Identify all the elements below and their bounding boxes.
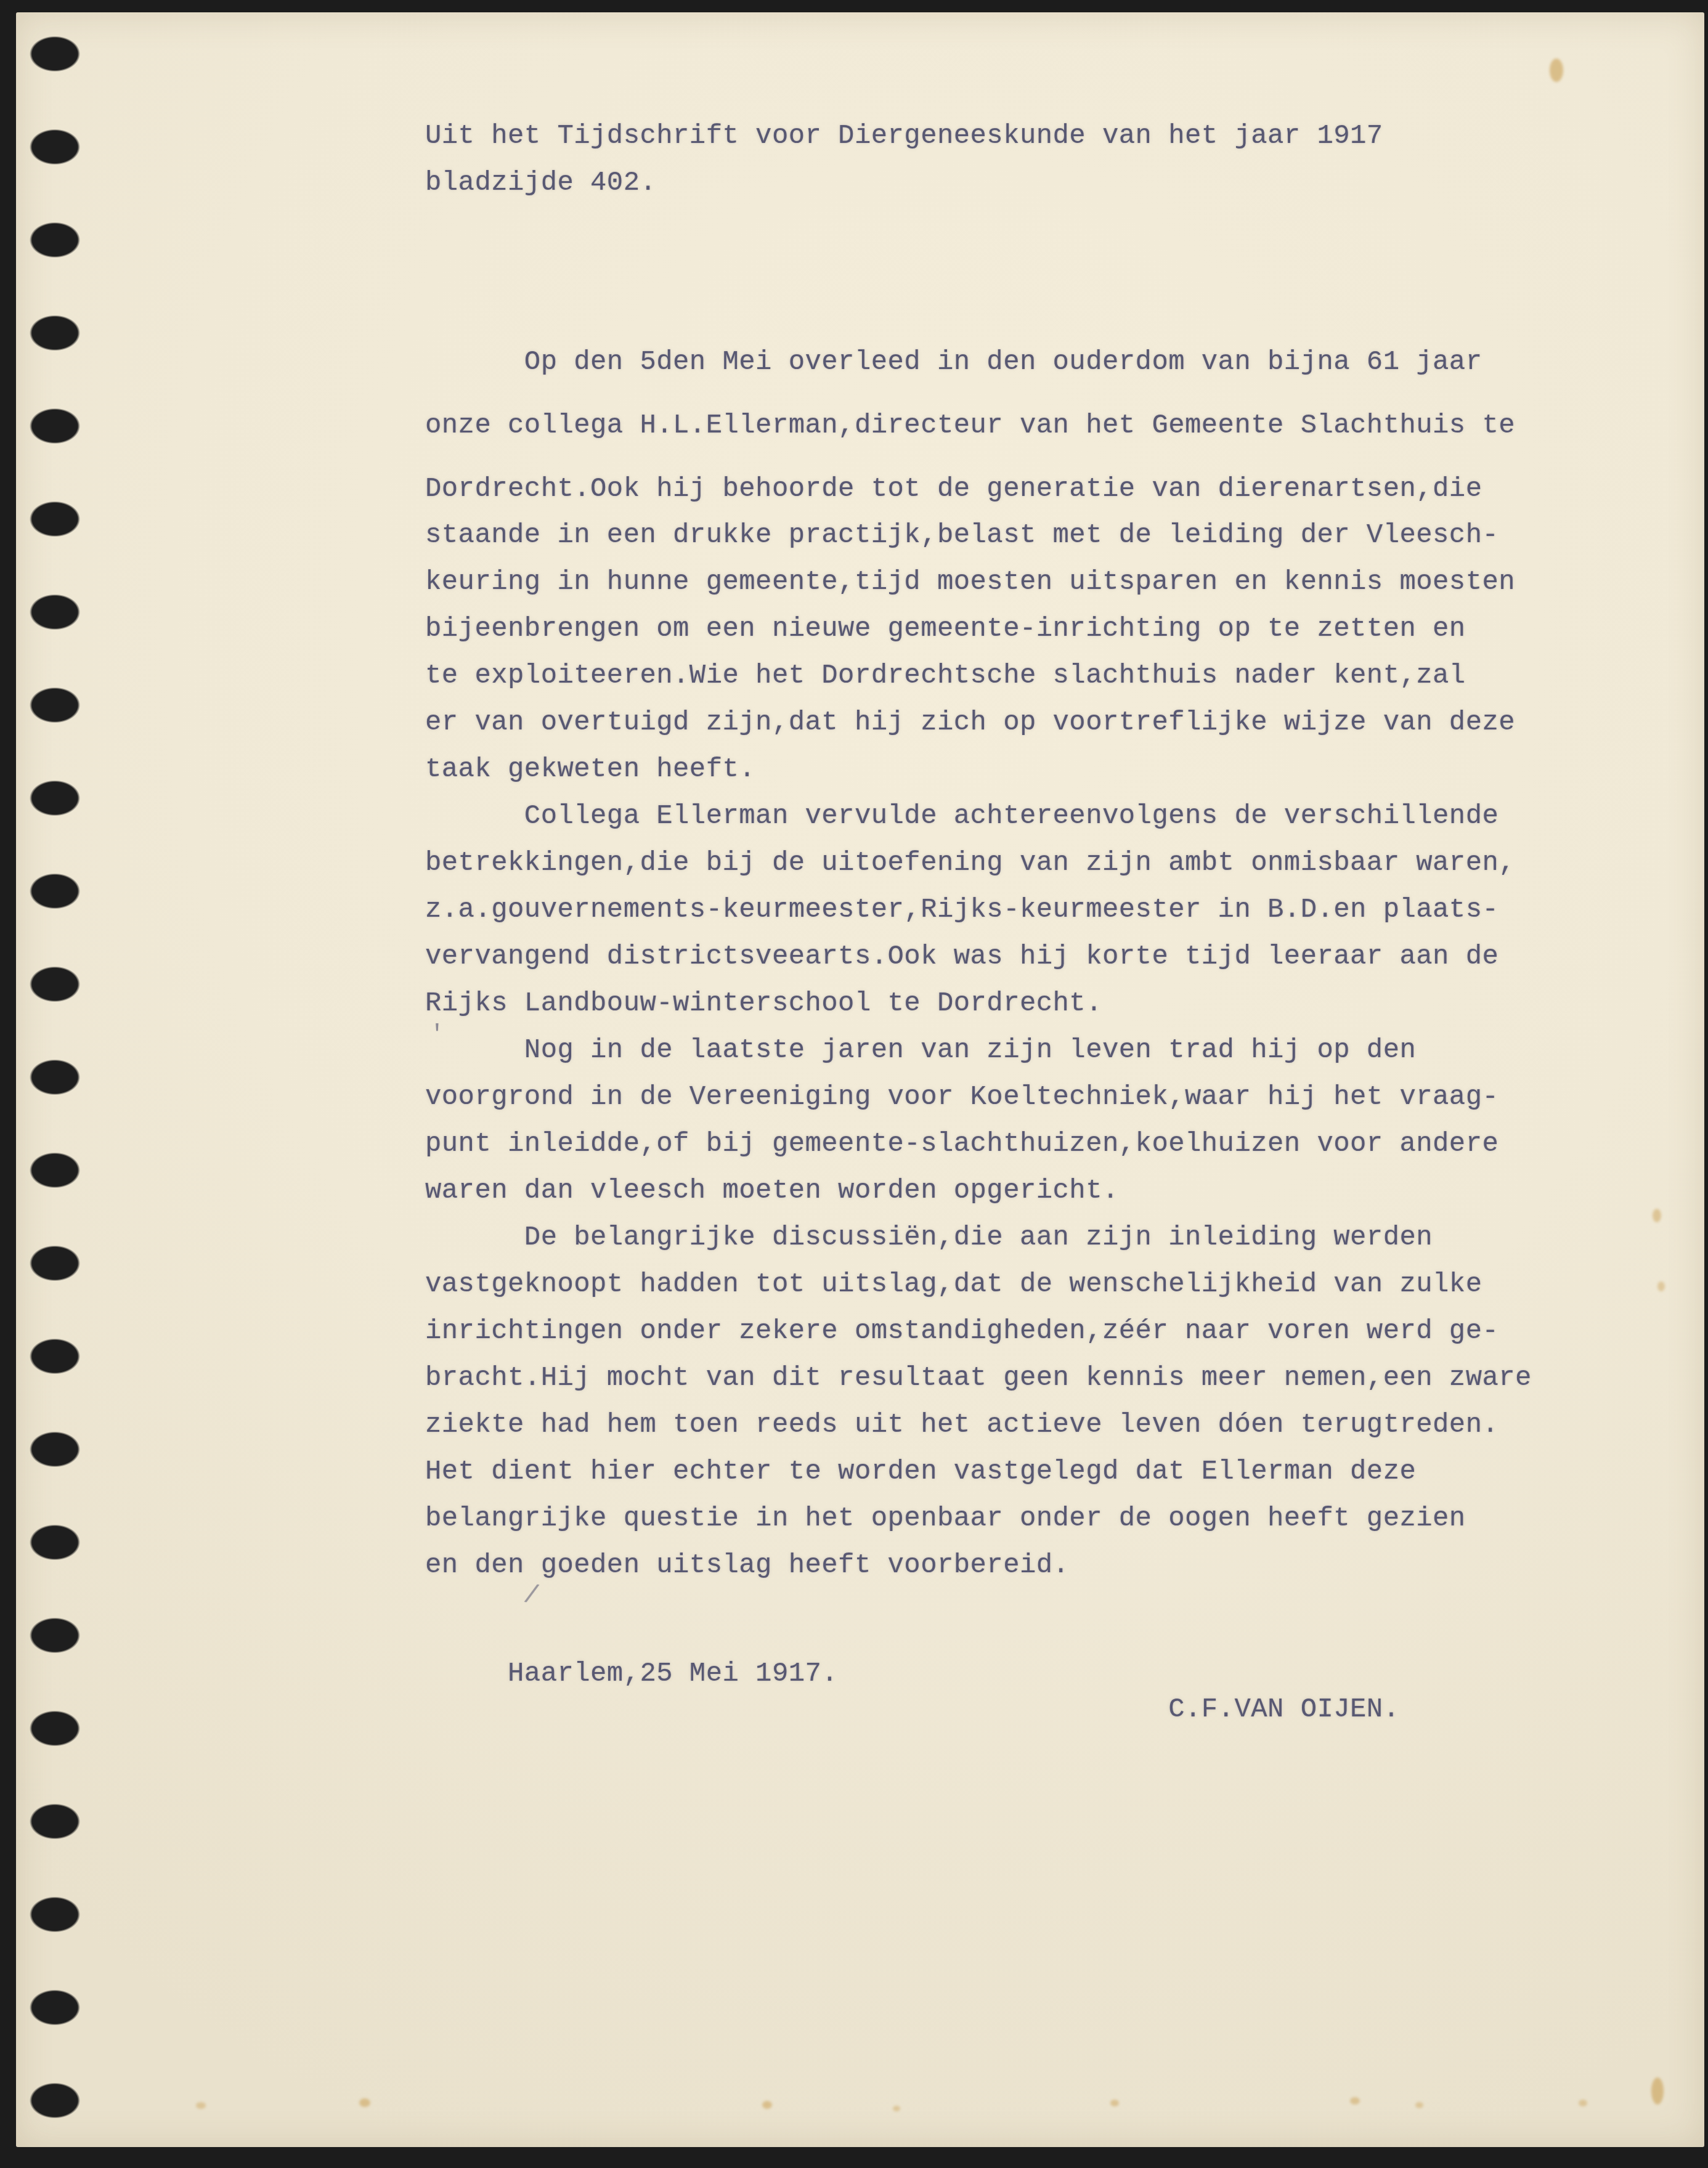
paper-stain bbox=[1550, 59, 1563, 82]
scanned-page: Uit het Tijdschrift voor Diergeneeskunde… bbox=[0, 0, 1708, 2168]
paper-stain bbox=[893, 2106, 900, 2111]
paper-stain bbox=[196, 2102, 206, 2109]
paper-stain bbox=[762, 2101, 772, 2109]
obituary-intro: Op den 5den Mei overleed in den ouderdom… bbox=[425, 331, 1515, 521]
source-note: Uit het Tijdschrift voor Diergeneeskunde… bbox=[425, 113, 1383, 206]
paper-stain bbox=[1110, 2100, 1119, 2106]
paper-stain bbox=[1350, 2097, 1360, 2105]
paper-stain bbox=[1415, 2102, 1423, 2108]
paper-stain bbox=[1657, 1281, 1665, 1291]
obituary-body: staande in een drukke practijk,belast me… bbox=[425, 512, 1532, 1589]
punch-holes bbox=[28, 7, 81, 2168]
paper-stain bbox=[1579, 2100, 1587, 2106]
paper-stain bbox=[359, 2098, 370, 2107]
stray-mark: ' bbox=[430, 1021, 444, 1048]
closing-block: Haarlem,25 Mei 1917. C.F.VAN OIJEN. bbox=[425, 1656, 1399, 1727]
paper-stain bbox=[1653, 1209, 1661, 1222]
paper-stain bbox=[1651, 2077, 1664, 2105]
